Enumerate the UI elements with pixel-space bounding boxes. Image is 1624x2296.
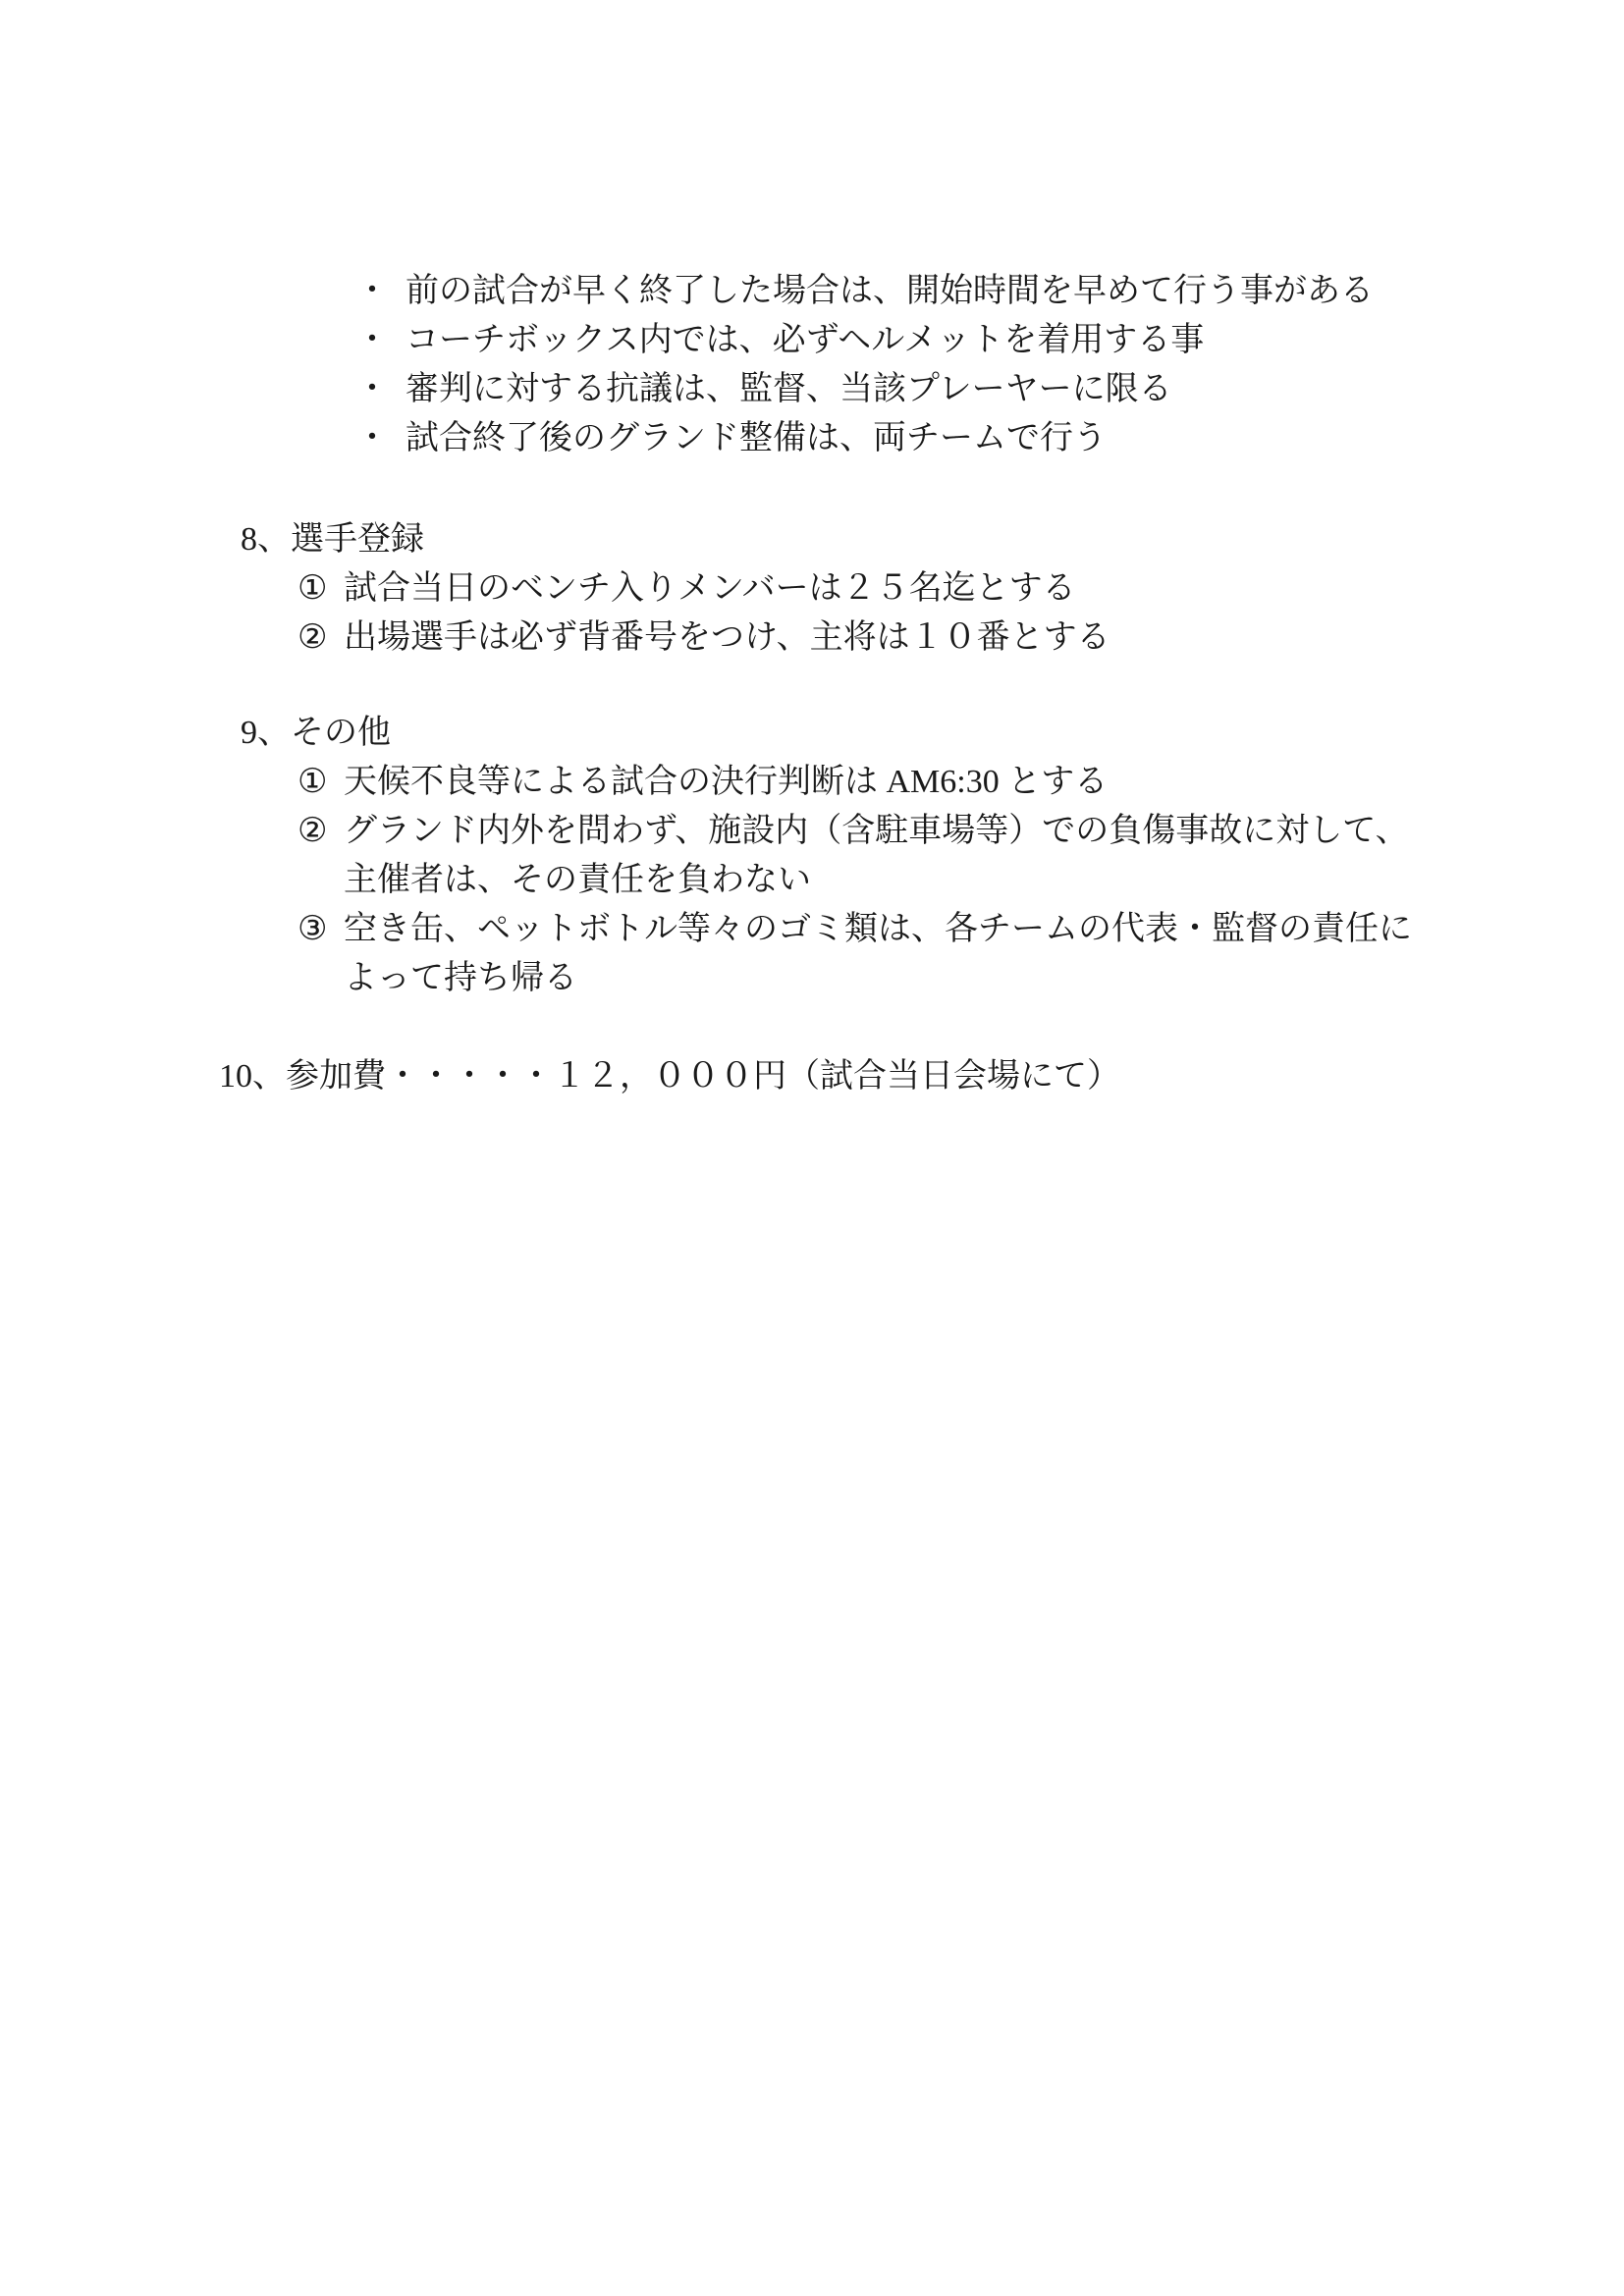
bullet-icon: ・	[355, 414, 406, 463]
circled-number-icon: ③	[298, 905, 344, 954]
circled-number-icon: ②	[298, 807, 344, 856]
section-separator: 、	[252, 1058, 286, 1095]
section-separator: 、	[257, 715, 291, 751]
bullet-text: 試合終了後のグランド整備は、両チームで行う	[406, 420, 1107, 456]
item-text: 空き缶、ペットボトル等々のゴミ類は、各チームの代表・監督の責任に	[344, 911, 1412, 947]
list-item-continuation: 主催者は、その責任を負わない	[0, 856, 1624, 905]
list-item: ・試合終了後のグランド整備は、両チームで行う	[0, 414, 1624, 463]
circled-number-icon: ②	[298, 614, 344, 663]
list-item: ①試合当日のベンチ入りメンバーは２５名迄とする	[0, 564, 1624, 614]
bullet-icon: ・	[355, 316, 406, 365]
section-number: 8	[241, 521, 257, 558]
bullet-icon: ・	[355, 267, 406, 316]
section-player-registration: 8、選手登録 ①試合当日のベンチ入りメンバーは２５名迄とする ②出場選手は必ず背…	[0, 515, 1624, 663]
list-item: ・前の試合が早く終了した場合は、開始時間を早めて行う事がある	[0, 267, 1624, 316]
section-separator: 、	[257, 521, 291, 558]
item-text: 出場選手は必ず背番号をつけ、主将は１０番とする	[344, 619, 1110, 656]
item-text: 天候不良等による試合の決行判断は AM6:30 とする	[344, 764, 1108, 800]
section-title: その他	[291, 715, 391, 751]
circled-number-icon: ①	[298, 564, 344, 614]
bullet-text: コーチボックス内では、必ずヘルメットを着用する事	[406, 322, 1204, 358]
section-number: 10	[219, 1058, 252, 1095]
list-item: ③空き缶、ペットボトル等々のゴミ類は、各チームの代表・監督の責任に	[0, 905, 1624, 954]
list-item: ②出場選手は必ず背番号をつけ、主将は１０番とする	[0, 614, 1624, 663]
bullet-text: 前の試合が早く終了した場合は、開始時間を早めて行う事がある	[406, 273, 1374, 309]
document-page: ・前の試合が早く終了した場合は、開始時間を早めて行う事がある ・コーチボックス内…	[0, 0, 1624, 2296]
section-title: 選手登録	[291, 521, 424, 558]
fee-text-line: 10、参加費・・・・・１２，０００円（試合当日会場にて）	[0, 1052, 1624, 1101]
list-item: ②グランド内外を問わず、施設内（含駐車場等）での負傷事故に対して、	[0, 807, 1624, 856]
section-other: 9、その他 ①天候不良等による試合の決行判断は AM6:30 とする ②グランド…	[0, 709, 1624, 1003]
list-item: ①天候不良等による試合の決行判断は AM6:30 とする	[0, 758, 1624, 807]
section-fee: 10、参加費・・・・・１２，０００円（試合当日会場にて）	[0, 1052, 1624, 1101]
bullet-list: ・前の試合が早く終了した場合は、開始時間を早めて行う事がある ・コーチボックス内…	[0, 267, 1624, 463]
section-number: 9	[241, 715, 257, 751]
section-heading: 9、その他	[0, 709, 1624, 758]
circled-number-icon: ①	[298, 758, 344, 807]
bullet-text: 審判に対する抗議は、監督、当該プレーヤーに限る	[406, 371, 1172, 407]
fee-text: 参加費・・・・・１２，０００円（試合当日会場にて）	[286, 1058, 1120, 1095]
list-item: ・審判に対する抗議は、監督、当該プレーヤーに限る	[0, 365, 1624, 414]
section-heading: 8、選手登録	[0, 515, 1624, 564]
list-item-continuation: よって持ち帰る	[0, 954, 1624, 1003]
item-text: 主催者は、その責任を負わない	[344, 862, 811, 898]
item-text: よって持ち帰る	[344, 960, 577, 996]
item-text: グランド内外を問わず、施設内（含駐車場等）での負傷事故に対して、	[344, 813, 1409, 849]
list-item: ・コーチボックス内では、必ずヘルメットを着用する事	[0, 316, 1624, 365]
item-text: 試合当日のベンチ入りメンバーは２５名迄とする	[344, 570, 1076, 607]
bullet-icon: ・	[355, 365, 406, 414]
